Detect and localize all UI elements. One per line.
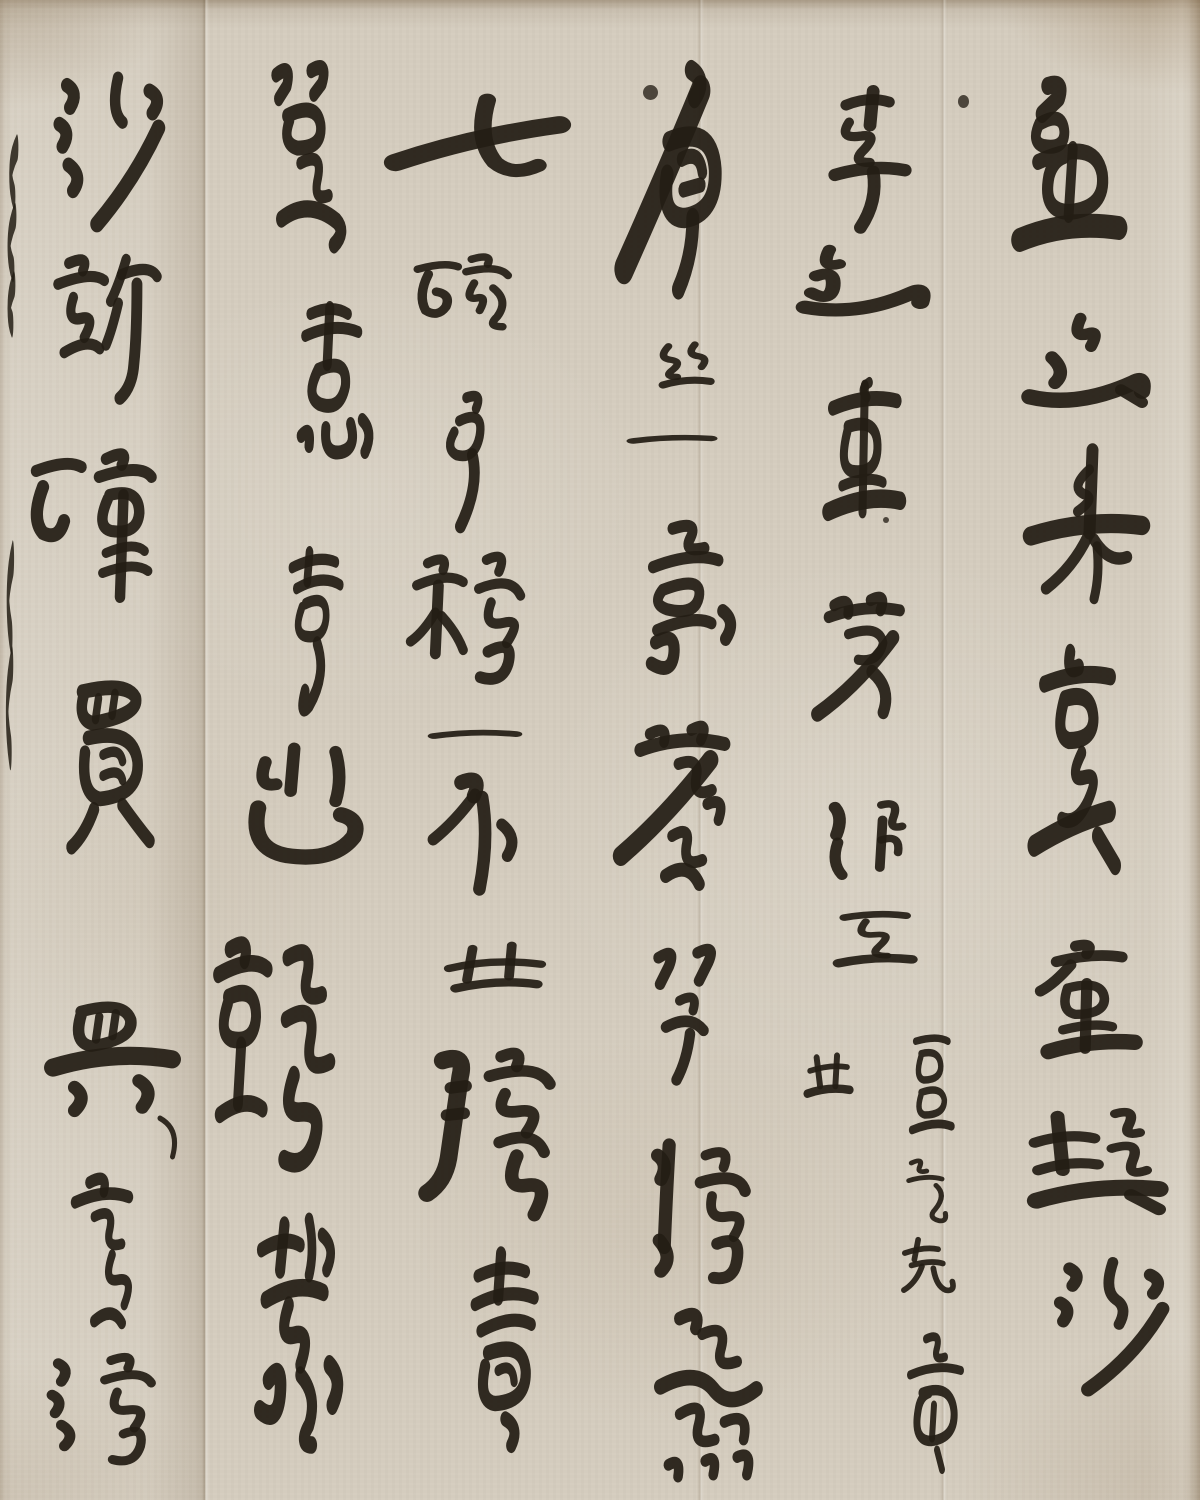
calligraphy-character [410,390,530,545]
calligraphy-character [618,1135,783,1305]
calligraphy-character [615,520,755,695]
calligraphy-character [1010,940,1170,1095]
calligraphy-character [795,590,935,760]
calligraphy-character [15,445,190,645]
calligraphy-character [1010,445,1160,620]
calligraphy-character [425,938,565,1043]
calligraphy-character [260,545,370,735]
calligraphy-character [790,85,950,240]
calligraphy-character [40,65,190,250]
calligraphy-character [805,375,920,560]
calligraphy-character [883,1235,978,1330]
calligraphy-character [30,250,185,440]
calligraphy-character [1010,310,1160,450]
ink-fragment-left-edge [0,140,20,330]
ink-speck [643,85,658,100]
paper-crease [202,0,209,1500]
calligraphy-character [400,248,535,373]
calligraphy-character [395,548,550,718]
calligraphy-character [270,300,400,500]
calligraphy-character [225,1210,370,1460]
calligraphy-character [415,772,555,922]
ink-speck [958,95,969,108]
calligraphy-character [1040,1250,1195,1405]
calligraphy-character [40,675,190,885]
calligraphy-character [430,1243,575,1463]
calligraphy-character [45,1170,165,1350]
calligraphy-character [885,1330,985,1480]
calligraphy-character [885,1035,975,1160]
calligraphy-character [600,720,760,920]
calligraphy-character [792,1050,877,1145]
calligraphy-character [420,713,530,761]
calligraphy-character [1005,645,1150,890]
calligraphy-character [622,420,722,462]
calligraphy-character [35,1350,190,1500]
calligraphy-character [630,340,740,430]
ink-fragment-left-edge [0,545,16,775]
calligraphy-character [1000,80,1140,280]
calligraphy-character [390,1045,585,1240]
ink-speck [883,517,889,523]
calligraphy-character [780,240,945,360]
calligraphy-character [885,1155,970,1235]
calligraphy-character [215,740,395,910]
calligraphy-character [630,1305,790,1500]
calligraphy-character [800,795,940,920]
calligraphy-character [195,930,360,1210]
calligraphy-character [600,65,760,320]
calligraphy-character [805,910,940,1005]
calligraphy-character [1005,1105,1180,1250]
calligraphy-character [612,938,762,1103]
calligraphy-manuscript [0,0,1200,1500]
calligraphy-character [245,60,380,275]
calligraphy-character [380,90,575,235]
calligraphy-character [145,1110,195,1165]
